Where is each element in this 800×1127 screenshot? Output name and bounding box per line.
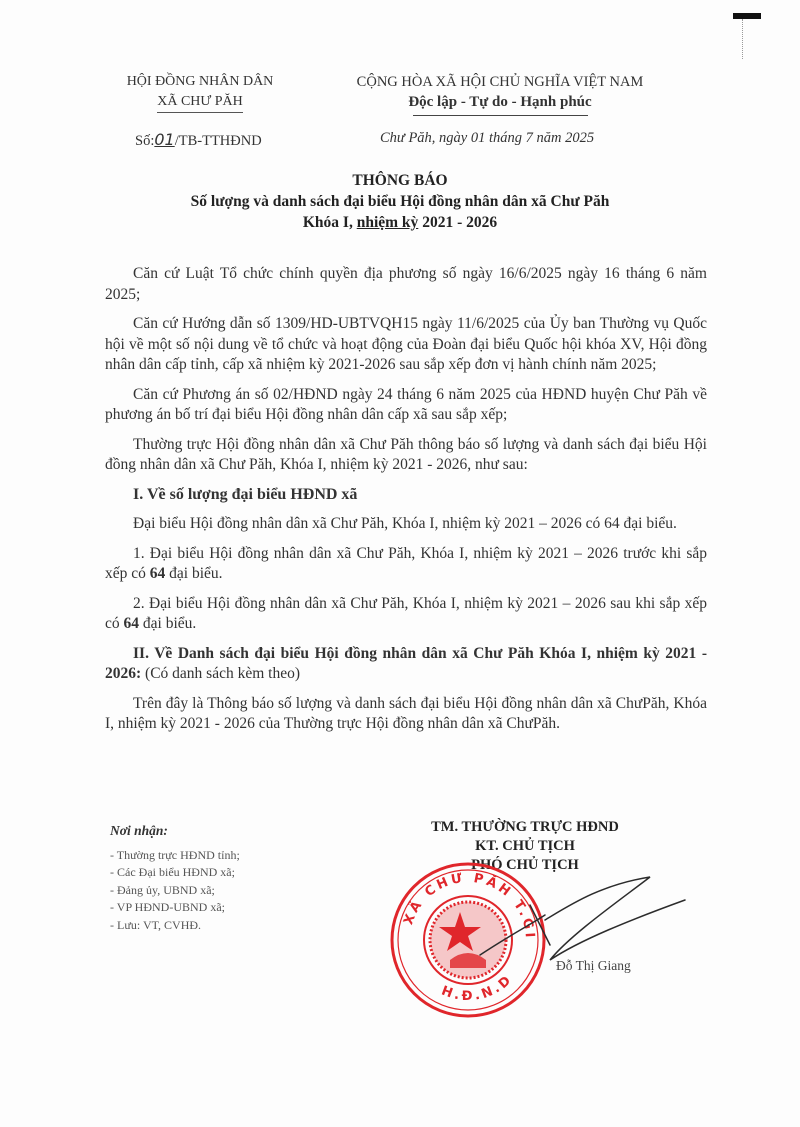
section-2: II. Về Danh sách đại biểu Hội đồng nhân … xyxy=(105,644,707,685)
recipient-item: - Lưu: VT, CVHĐ. xyxy=(110,917,350,935)
document-page: HỘI ĐỒNG NHÂN DÂN XÃ CHƯ PĂH CỘNG HÒA XÃ… xyxy=(0,0,800,1127)
term-prefix: Khóa I, xyxy=(303,214,357,231)
motto-underline xyxy=(413,115,588,116)
item-2-tail: đại biểu. xyxy=(139,615,196,632)
nation-motto: Độc lập - Tự do - Hạnh phúc xyxy=(408,92,591,112)
term-underlined: nhiệm kỳ xyxy=(357,214,419,231)
recipient-item: - Thường trực HĐND tỉnh; xyxy=(110,847,350,865)
intro-paragraph: Thường trực Hội đồng nhân dân xã Chư Păh… xyxy=(105,435,707,476)
sign-title-1: TM. THƯỜNG TRỰC HĐND xyxy=(395,818,655,837)
doc-number-suffix: /TB-TTHĐND xyxy=(175,133,262,149)
closing-paragraph: Trên đây là Thông báo số lượng và danh s… xyxy=(105,694,707,735)
title-heading: THÔNG BÁO xyxy=(100,170,700,191)
item-1-count: 64 xyxy=(150,565,166,582)
doc-number-prefix: Số: xyxy=(135,133,154,149)
item-1-tail: đại biểu. xyxy=(165,565,222,582)
section-2-note: (Có danh sách kèm theo) xyxy=(141,665,300,682)
recipients-block: Nơi nhận: - Thường trực HĐND tỉnh; - Các… xyxy=(110,822,350,934)
document-body: Căn cứ Luật Tổ chức chính quyền địa phươ… xyxy=(105,264,707,744)
title-subtitle: Số lượng và danh sách đại biểu Hội đồng … xyxy=(100,191,700,212)
title-term: Khóa I, nhiệm kỳ 2021 - 2026 xyxy=(100,212,700,233)
recipients-label: Nơi nhận: xyxy=(110,822,350,840)
sign-title-2: KT. CHỦ TỊCH xyxy=(395,837,655,856)
signer-name: Đỗ Thị Giang xyxy=(556,958,631,974)
scan-dots xyxy=(742,19,745,59)
nation-title: CỘNG HÒA XÃ HỘI CHỦ NGHĨA VIỆT NAM xyxy=(325,72,675,92)
recipient-item: - Các Đại biểu HĐND xã; xyxy=(110,864,350,882)
doc-number-handwritten: 01 xyxy=(154,130,174,149)
place-date: Chư Păh, ngày 01 tháng 7 năm 2025 xyxy=(380,130,594,147)
basis-paragraph: Căn cứ Luật Tổ chức chính quyền địa phươ… xyxy=(105,264,707,305)
document-title: THÔNG BÁO Số lượng và danh sách đại biểu… xyxy=(100,170,700,233)
term-suffix: 2021 - 2026 xyxy=(418,214,497,231)
recipient-item: - Đảng ủy, UBND xã; xyxy=(110,882,350,900)
org-name: HỘI ĐỒNG NHÂN DÂN xyxy=(85,72,315,92)
section-1-heading: I. Về số lượng đại biểu HĐND xã xyxy=(105,485,707,506)
basis-paragraph: Căn cứ Phương án số 02/HĐND ngày 24 thán… xyxy=(105,385,707,426)
handwritten-signature-icon xyxy=(470,875,690,995)
section-1-text: Đại biểu Hội đồng nhân dân xã Chư Păh, K… xyxy=(105,514,707,535)
scan-mark xyxy=(733,13,761,19)
item-1: 1. Đại biểu Hội đồng nhân dân xã Chư Păh… xyxy=(105,544,707,585)
issuing-organization: HỘI ĐỒNG NHÂN DÂN XÃ CHƯ PĂH xyxy=(85,72,315,113)
recipient-item: - VP HĐND-UBND xã; xyxy=(110,899,350,917)
org-commune: XÃ CHƯ PĂH xyxy=(157,92,243,113)
item-2: 2. Đại biểu Hội đồng nhân dân xã Chư Păh… xyxy=(105,594,707,635)
national-header: CỘNG HÒA XÃ HỘI CHỦ NGHĨA VIỆT NAM Độc l… xyxy=(325,72,675,116)
item-2-count: 64 xyxy=(124,615,140,632)
document-number: Số:01/TB-TTHĐND xyxy=(135,130,262,150)
basis-paragraph: Căn cứ Hướng dẫn số 1309/HD-UBTVQH15 ngà… xyxy=(105,314,707,376)
